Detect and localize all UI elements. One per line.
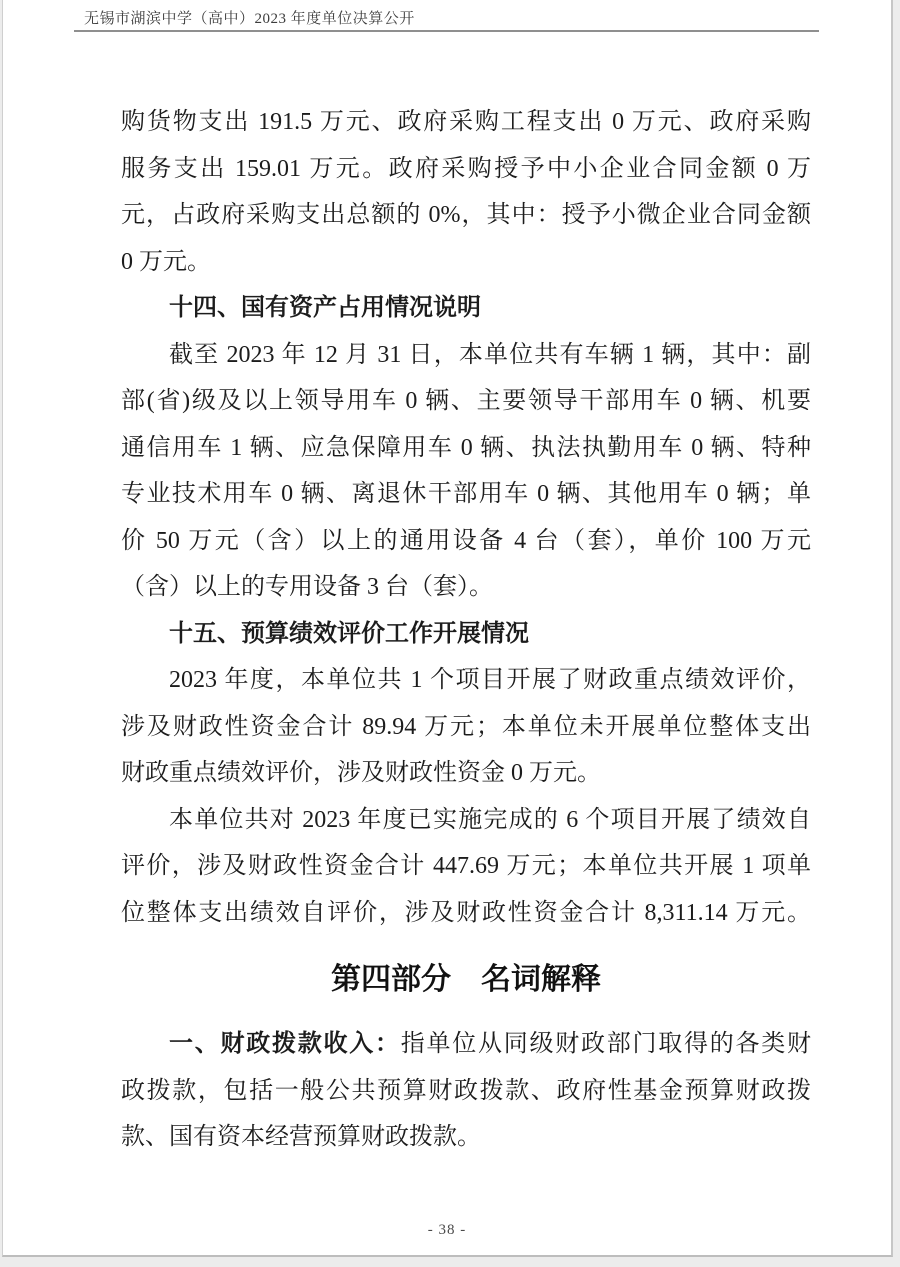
text-line: 通信用车 1 辆、应急保障用车 0 辆、执法执勤用车 0 辆、特种 <box>121 425 811 472</box>
paragraph-state-assets: 截至 2023 年 12 月 31 日，本单位共有车辆 1 辆，其中：副部(省)… <box>121 332 811 611</box>
text-line: 政拨款，包括一般公共预算财政拨款、政府性基金预算财政拨 <box>121 1068 811 1115</box>
paragraph-glossary-term-1: 一、财政拨款收入：指单位从同级财政部门取得的各类财政拨款，包括一般公共预算财政拨… <box>121 1021 811 1161</box>
term-label: 一、财政拨款收入： <box>169 1031 401 1057</box>
text-line: 元，占政府采购支出总额的 0%，其中：授予小微企业合同金额 <box>121 192 811 239</box>
section-heading-15: 十五、预算绩效评价工作开展情况 <box>121 611 811 658</box>
paragraph-performance-eval-2: 本单位共对 2023 年度已实施完成的 6 个项目开展了绩效自评价，涉及财政性资… <box>121 797 811 937</box>
text-line: 财政重点绩效评价，涉及财政性资金 0 万元。 <box>121 750 811 797</box>
text-line: 款、国有资本经营预算财政拨款。 <box>121 1114 811 1161</box>
text-line: 本单位共对 2023 年度已实施完成的 6 个项目开展了绩效自 <box>121 797 811 844</box>
text-line: 评价，涉及财政性资金合计 447.69 万元；本单位共开展 1 项单 <box>121 843 811 890</box>
section-heading-14: 十四、国有资产占用情况说明 <box>121 285 811 332</box>
text-line: 位整体支出绩效自评价，涉及财政性资金合计 8,311.14 万元。 <box>121 890 811 937</box>
paragraph-performance-eval-1: 2023 年度，本单位共 1 个项目开展了财政重点绩效评价，涉及财政性资金合计 … <box>121 657 811 797</box>
paragraph-procurement: 购货物支出 191.5 万元、政府采购工程支出 0 万元、政府采购服务支出 15… <box>121 99 811 285</box>
text-line: 服务支出 159.01 万元。政府采购授予中小企业合同金额 0 万 <box>121 146 811 193</box>
text-line: 0 万元。 <box>121 239 811 286</box>
text-line: 价 50 万元（含）以上的通用设备 4 台（套），单价 100 万元 <box>121 518 811 565</box>
text-line: 十五、预算绩效评价工作开展情况 <box>121 611 811 658</box>
document-page: 无锡市湖滨中学（高中）2023 年度单位决算公开 购货物支出 191.5 万元、… <box>2 0 893 1257</box>
text-line: 截至 2023 年 12 月 31 日，本单位共有车辆 1 辆，其中：副 <box>121 332 811 379</box>
text-line: 涉及财政性资金合计 89.94 万元；本单位未开展单位整体支出 <box>121 704 811 751</box>
part-four-title: 第四部分 名词解释 <box>121 950 811 1010</box>
text-line: （含）以上的专用设备 3 台（套）。 <box>121 564 811 611</box>
text-line: 2023 年度，本单位共 1 个项目开展了财政重点绩效评价， <box>121 657 811 704</box>
text-line: 购货物支出 191.5 万元、政府采购工程支出 0 万元、政府采购 <box>121 99 811 146</box>
text-line: 部(省)级及以上领导用车 0 辆、主要领导干部用车 0 辆、机要 <box>121 378 811 425</box>
text-line: 一、财政拨款收入：指单位从同级财政部门取得的各类财 <box>121 1021 811 1068</box>
document-body: 购货物支出 191.5 万元、政府采购工程支出 0 万元、政府采购服务支出 15… <box>121 0 811 1161</box>
page-number: - 38 - <box>3 1222 891 1244</box>
text-line: 十四、国有资产占用情况说明 <box>121 285 811 332</box>
text-line: 专业技术用车 0 辆、离退休干部用车 0 辆、其他用车 0 辆；单 <box>121 471 811 518</box>
document-viewport[interactable]: 无锡市湖滨中学（高中）2023 年度单位决算公开 购货物支出 191.5 万元、… <box>0 0 900 1267</box>
text-line: 第四部分 名词解释 <box>121 950 811 1010</box>
